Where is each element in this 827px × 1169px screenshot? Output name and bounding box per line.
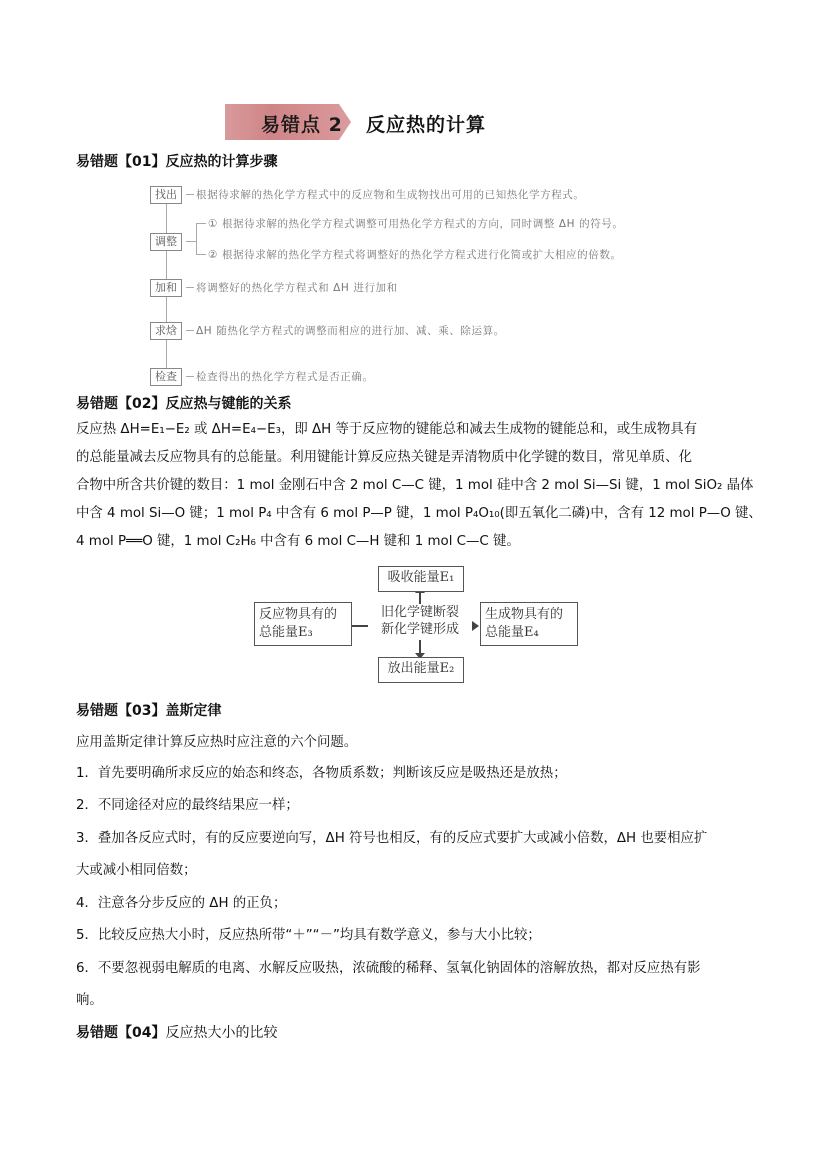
hess-law-intro: 应用盖斯定律计算反应热时应注意的六个问题。 bbox=[76, 729, 776, 757]
box-line: 生成物具有的 bbox=[485, 606, 573, 624]
section-prefix: 易错题【03】 bbox=[76, 703, 165, 719]
section-title: 盖斯定律 bbox=[165, 703, 221, 719]
box-line: 总能量E₃ bbox=[259, 624, 347, 642]
list-item: 2．不同途径对应的最终结果应一样； bbox=[76, 792, 776, 820]
section-prefix: 易错题【04】 bbox=[76, 1025, 165, 1041]
list-item: 6．不要忽视弱电解质的电离、水解反应吸热，浓硫酸的稀释、氢氧化钠固体的溶解放热，… bbox=[76, 955, 776, 983]
list-item: 4．注意各分步反应的 ΔH 的正负； bbox=[76, 890, 776, 918]
section-heading-04: 易错题【04】反应热大小的比较 bbox=[76, 1022, 277, 1042]
label-line: 旧化学键断裂 bbox=[368, 604, 472, 621]
list-item: 1．首先要明确所求反应的始态和终态，各物质系数；判断该反应是吸热还是放热； bbox=[76, 760, 776, 788]
bond-change-label: 旧化学键断裂 新化学键形成 bbox=[368, 604, 472, 638]
products-energy-box: 生成物具有的 总能量E₄ bbox=[480, 602, 578, 646]
list-item-continuation: 大或减小相同倍数； bbox=[76, 857, 776, 885]
list-item: 3．叠加各反应式时，有的反应要逆向写，ΔH 符号也相反，有的反应式要扩大或减小倍… bbox=[76, 825, 776, 853]
energy-diagram: 吸收能量E₁ 反应物具有的 总能量E₃ 旧化学键断裂 新化学键形成 生成物具有的… bbox=[0, 0, 827, 700]
list-item-continuation: 响。 bbox=[76, 987, 776, 1015]
box-line: 反应物具有的 bbox=[259, 606, 347, 624]
label-line: 新化学键形成 bbox=[368, 621, 472, 638]
section-heading-03: 易错题【03】盖斯定律 bbox=[76, 700, 221, 720]
box-line: 总能量E₄ bbox=[485, 624, 573, 642]
section-title: 反应热大小的比较 bbox=[165, 1025, 277, 1041]
release-energy-box: 放出能量E₂ bbox=[378, 657, 464, 683]
list-item: 5．比较反应热大小时，反应热所带“＋”“－”均具有数学意义，参与大小比较； bbox=[76, 922, 776, 950]
arrow-right-icon bbox=[472, 621, 479, 631]
reactants-energy-box: 反应物具有的 总能量E₃ bbox=[254, 602, 352, 646]
absorb-energy-box: 吸收能量E₁ bbox=[378, 566, 464, 592]
